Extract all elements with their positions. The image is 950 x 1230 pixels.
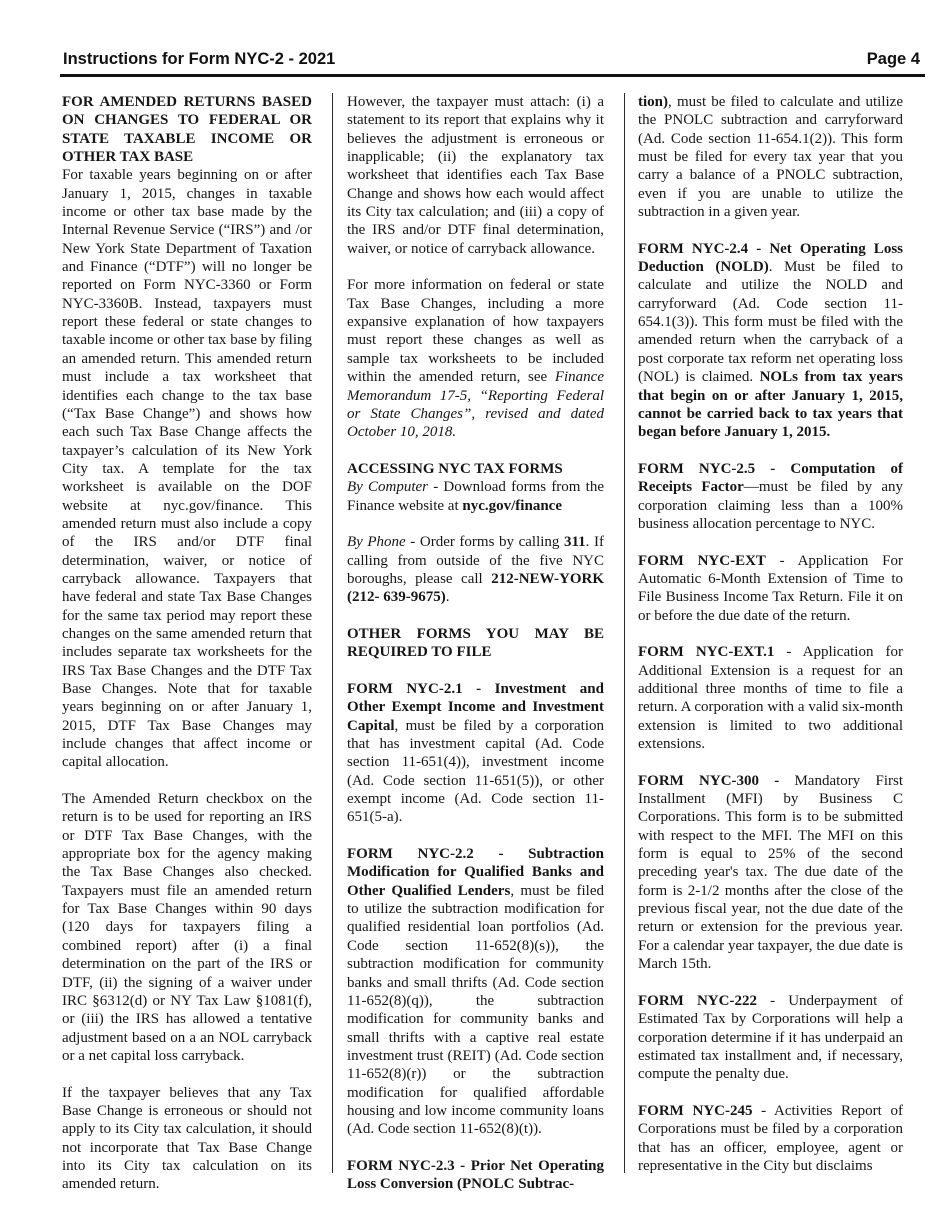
text-run: FORM NYC-EXT (638, 553, 766, 569)
text-run: FOR AMENDED RETURNS BASED ON CHANGES TO … (62, 94, 312, 165)
text-run: ACCESSING NYC TAX FORMS (347, 461, 563, 477)
section-heading: FOR AMENDED RETURNS BASED ON CHANGES TO … (62, 93, 312, 166)
text-run: The Amended Return checkbox on the retur… (62, 791, 312, 1064)
text-run: FORM NYC-2.3 - Prior Net Operating Loss … (347, 1158, 604, 1192)
text-run: OTHER FORMS YOU MAY BE REQUIRED TO FILE (347, 626, 604, 660)
paragraph: However, the taxpayer must attach: (i) a… (347, 93, 604, 258)
text-run: FORM NYC-222 (638, 993, 757, 1009)
text-run: tion) (638, 94, 668, 110)
text-run: 311 (564, 534, 586, 550)
paragraph: For more information on federal or state… (347, 276, 604, 441)
paragraph: FORM NYC-2.2 - Subtraction Modification … (347, 845, 604, 1139)
text-run: For taxable years beginning on or after … (62, 167, 312, 770)
column-divider-2 (624, 93, 625, 1173)
columns-container: FOR AMENDED RETURNS BASED ON CHANGES TO … (62, 93, 903, 1194)
paragraph: If the taxpayer believes that any Tax Ba… (62, 1084, 312, 1194)
text-run: . Must be filed to calculate and utilize… (638, 259, 903, 385)
paragraph: FORM NYC-2.5 - Computation of Receipts F… (638, 460, 903, 533)
document-page: Instructions for Form NYC-2 - 2021 Page … (0, 0, 950, 1230)
text-run: FORM NYC-EXT.1 (638, 644, 774, 660)
section-heading: OTHER FORMS YOU MAY BE REQUIRED TO FILE (347, 625, 604, 662)
column-divider-1 (332, 93, 333, 1173)
paragraph: FORM NYC-245 - Activities Report of Corp… (638, 1102, 903, 1175)
page-header: Instructions for Form NYC-2 - 2021 Page … (63, 50, 920, 69)
header-title: Instructions for Form NYC-2 - 2021 (63, 50, 335, 69)
paragraph: FORM NYC-EXT - Application For Automatic… (638, 552, 903, 625)
section-heading: ACCESSING NYC TAX FORMS (347, 460, 604, 478)
text-run: nyc.gov/finance (462, 498, 562, 514)
paragraph: For taxable years beginning on or after … (62, 166, 312, 771)
paragraph: FORM NYC-2.3 - Prior Net Operating Loss … (347, 1157, 604, 1194)
text-run: FORM NYC-245 (638, 1103, 753, 1119)
text-run: FORM NYC-300 - (638, 773, 779, 789)
column-1: FOR AMENDED RETURNS BASED ON CHANGES TO … (62, 93, 312, 1194)
text-run: . (446, 589, 450, 605)
text-run: , must be filed to calculate and utilize… (638, 94, 903, 220)
paragraph: By Phone - Order forms by calling 311. I… (347, 533, 604, 606)
paragraph: FORM NYC-2.1 - Investment and Other Exem… (347, 680, 604, 827)
text-run: , must be filed to utilize the subtracti… (347, 883, 604, 1137)
paragraph: FORM NYC-2.4 - Net Operating Loss Deduct… (638, 240, 903, 442)
column-2: However, the taxpayer must attach: (i) a… (347, 93, 604, 1194)
text-run: - Order forms by calling (406, 534, 564, 550)
paragraph: FORM NYC-300 - Mandatory First Installme… (638, 772, 903, 974)
text-run: By Phone (347, 534, 406, 550)
text-run: However, the taxpayer must attach: (i) a… (347, 94, 604, 257)
header-rule (60, 74, 925, 77)
paragraph: The Amended Return checkbox on the retur… (62, 790, 312, 1065)
text-run: Mandatory First Installment (MFI) by Bus… (638, 773, 903, 972)
text-run: - Application for Additional Extension i… (638, 644, 903, 752)
text-run: By Computer (347, 479, 428, 495)
page-number-label: Page 4 (867, 50, 920, 69)
paragraph: FORM NYC-EXT.1 - Application for Additio… (638, 643, 903, 753)
text-run: If the taxpayer believes that any Tax Ba… (62, 1085, 312, 1193)
paragraph: tion), must be filed to calculate and ut… (638, 93, 903, 221)
paragraph: By Computer - Download forms from the Fi… (347, 478, 604, 515)
column-3: tion), must be filed to calculate and ut… (638, 93, 903, 1175)
paragraph: FORM NYC-222 - Underpayment of Estimated… (638, 992, 903, 1084)
